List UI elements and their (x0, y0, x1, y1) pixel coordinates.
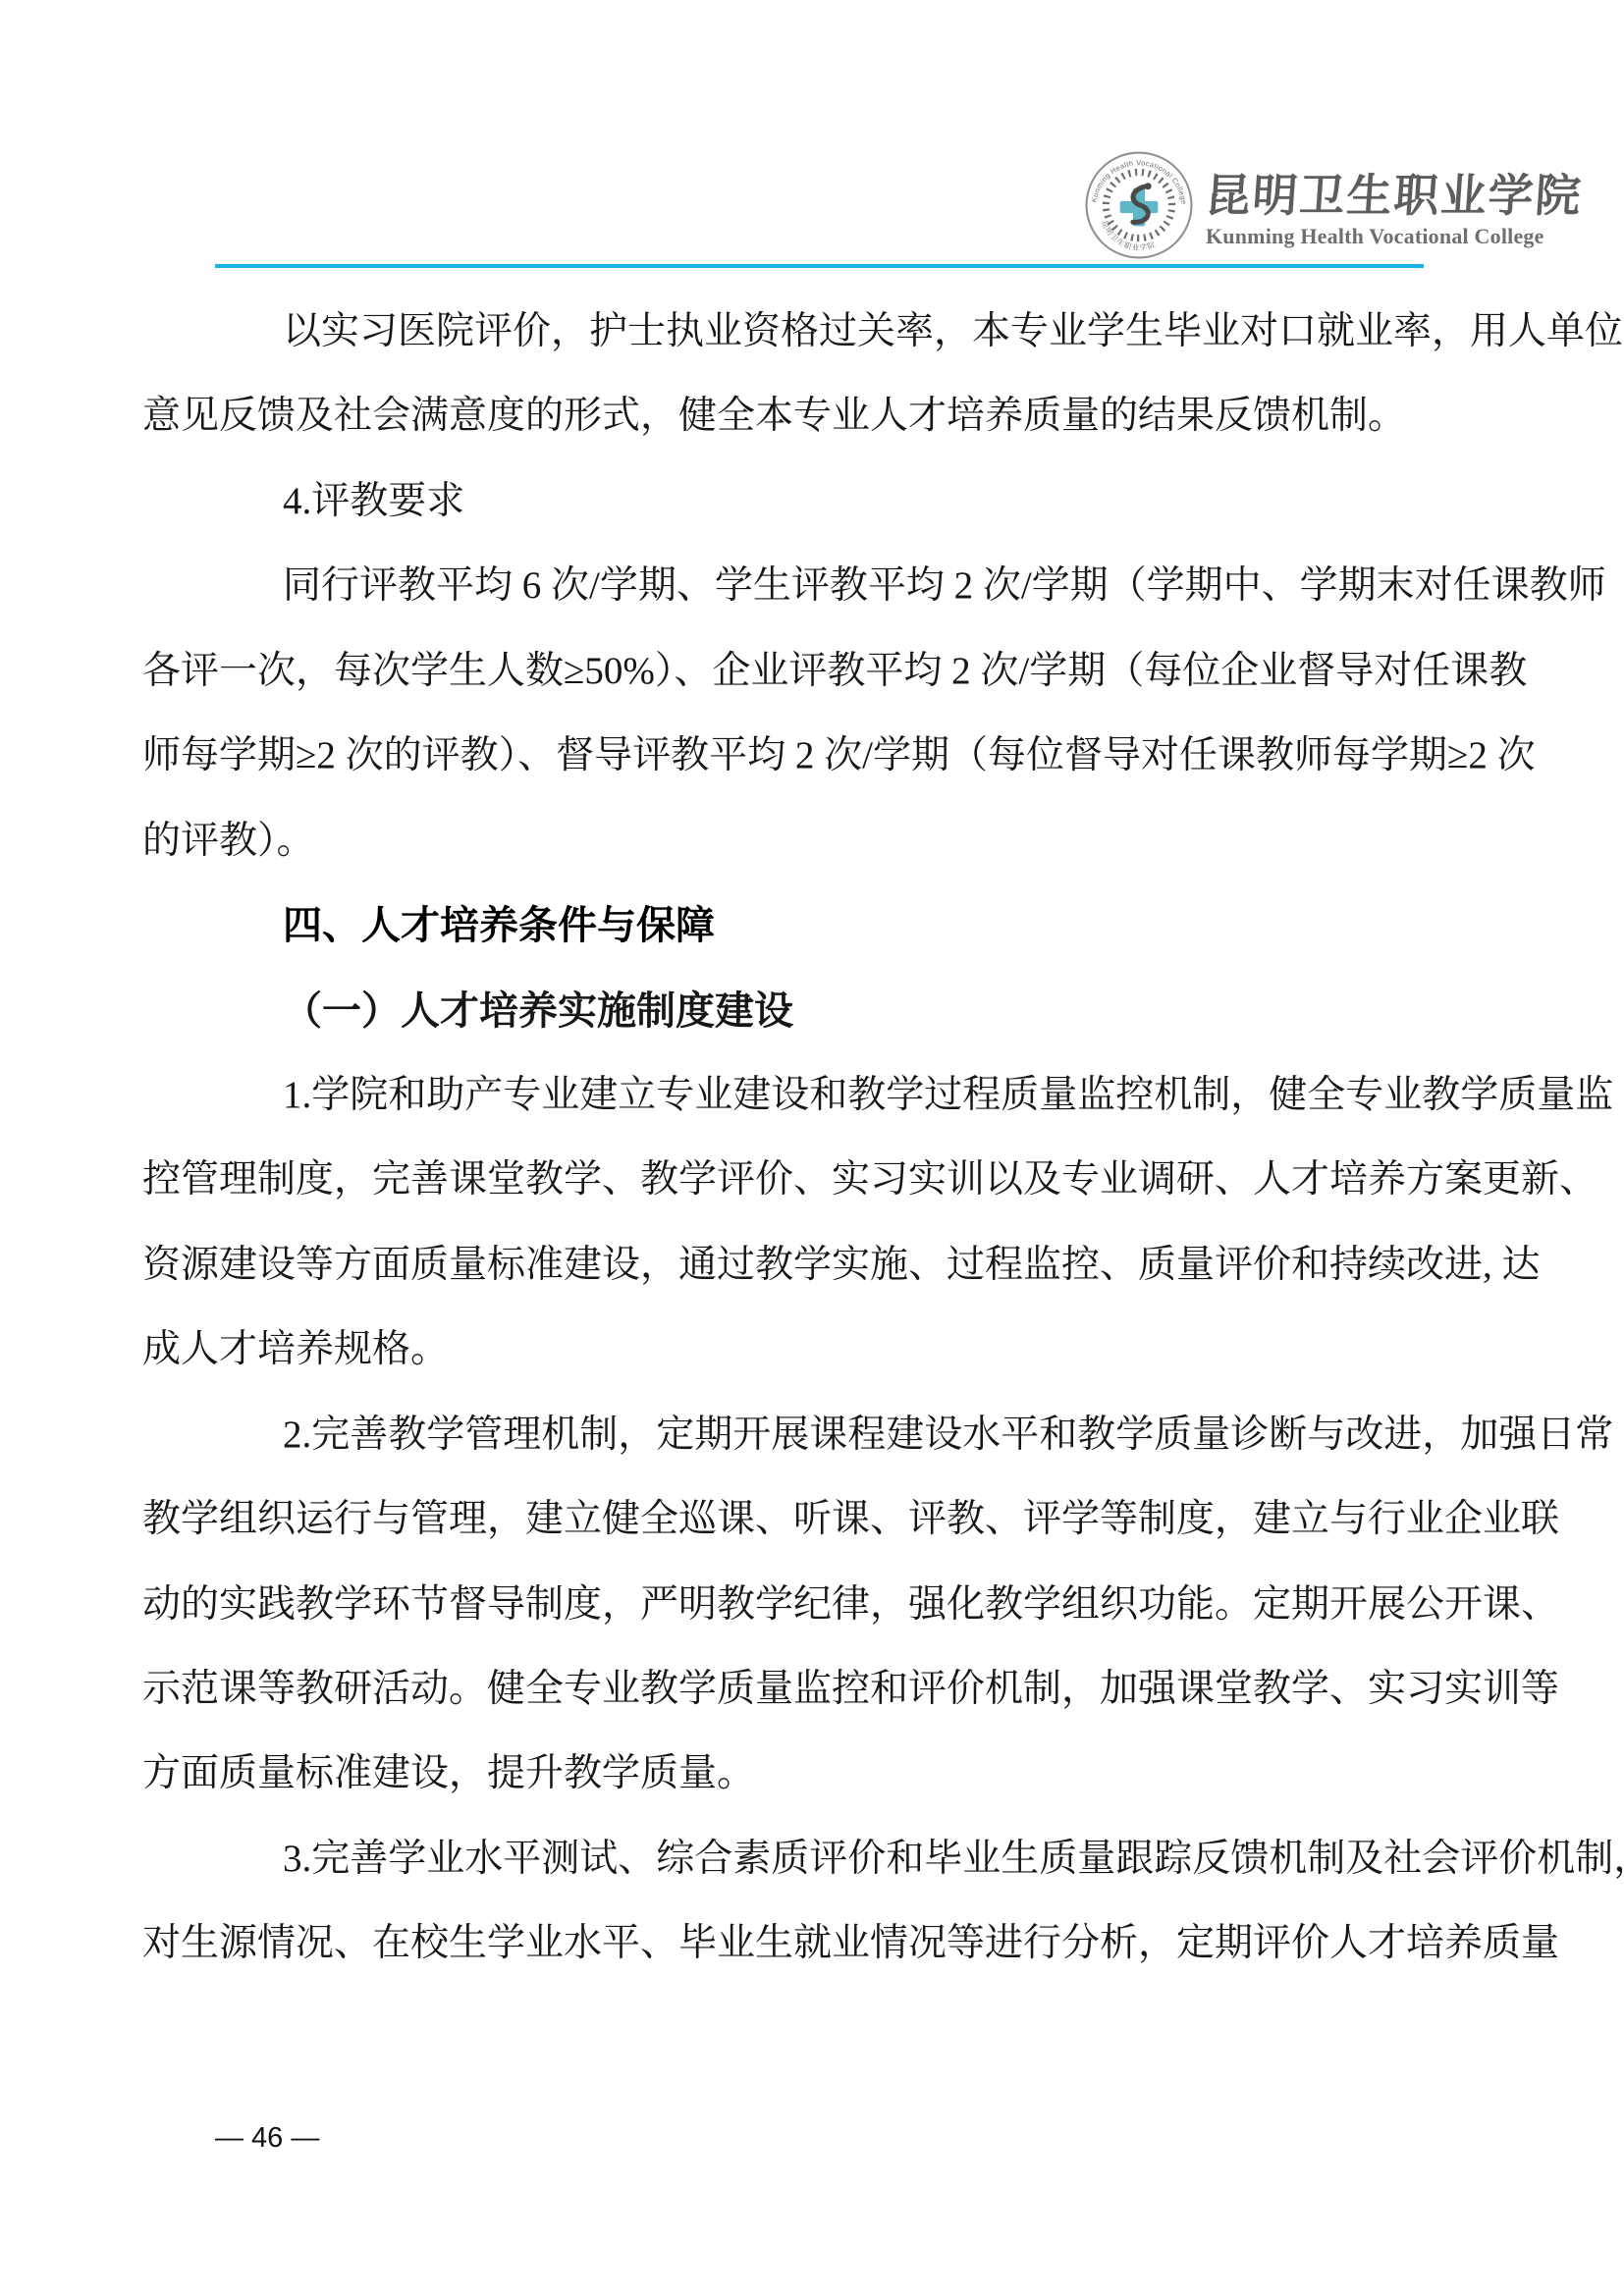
text-line: 方面质量标准建设，提升教学质量。 (142, 1732, 1423, 1816)
text-line: 动的实践教学环节督导制度，严明教学纪律，强化教学组织功能。定期开展公开课、 (142, 1563, 1423, 1647)
text-line: 教学组织运行与管理，建立健全巡课、听课、评教、评学等制度，建立与行业企业联 (142, 1477, 1423, 1562)
logo-dragon-head (1145, 183, 1152, 189)
college-name-calligraphy: 昆明卫生职业学院 (1204, 160, 1573, 221)
section-heading: 四、人才培养条件与保障 (142, 883, 1423, 968)
text-line: 控管理制度，完善课堂教学、教学评价、实习实训以及专业调研、人才培养方案更新、 (142, 1138, 1423, 1222)
college-logo: Kunming Health Vocational College 昆明卫生职业… (1084, 150, 1194, 260)
subheading-evaluation-requirements: 4.评教要求 (142, 459, 1423, 544)
text-line: 同行评教平均 6 次/学期、学生评教平均 2 次/学期（学期中、学期末对任课教师 (142, 544, 1423, 628)
text-line: 师每学期≥2 次的评教）、督导评教平均 2 次/学期（每位督导对任课教师每学期≥… (142, 714, 1423, 798)
text-line: 2.完善教学管理机制，定期开展课程建设水平和教学质量诊断与改进，加强日常 (142, 1393, 1423, 1477)
page-number: — 46 — (215, 2116, 319, 2160)
text-line: 1.学院和助产专业建立专业建设和教学过程质量监控机制，健全专业教学质量监 (142, 1053, 1423, 1138)
text-line: 3.完善学业水平测试、综合素质评价和毕业生质量跟踪反馈机制及社会评价机制， (142, 1817, 1423, 1901)
college-name-english: Kunming Health Vocational College (1206, 224, 1589, 249)
text-line: 资源建设等方面质量标准建设，通过教学实施、过程监控、质量评价和持续改进, 达 (142, 1223, 1423, 1308)
subsection-heading: （一）人才培养实施制度建设 (142, 969, 1423, 1053)
text-line: 对生源情况、在校生学业水平、毕业生就业情况等进行分析，定期评价人才培养质量 (142, 1901, 1423, 1986)
text-line: 意见反馈及社会满意度的形式，健全本专业人才培养质量的结果反馈机制。 (142, 374, 1423, 458)
document-page: { "header": { "logo": { "ring_text_en": … (0, 0, 1624, 2296)
text-line: 以实习医院评价，护士执业资格过关率，本专业学生毕业对口就业率，用人单位 (142, 290, 1423, 374)
text-line: 各评一次，每次学生人数≥50%）、企业评教平均 2 次/学期（每位企业督导对任课… (142, 629, 1423, 714)
text-line: 的评教）。 (142, 799, 1423, 883)
text-line: 示范课等教研活动。健全专业教学质量监控和评价机制，加强课堂教学、实习实训等 (142, 1647, 1423, 1732)
document-body: 以实习医院评价，护士执业资格过关率，本专业学生毕业对口就业率，用人单位 意见反馈… (142, 290, 1423, 1987)
text-line: 成人才培养规格。 (142, 1308, 1423, 1392)
header-divider-rule (215, 264, 1424, 268)
